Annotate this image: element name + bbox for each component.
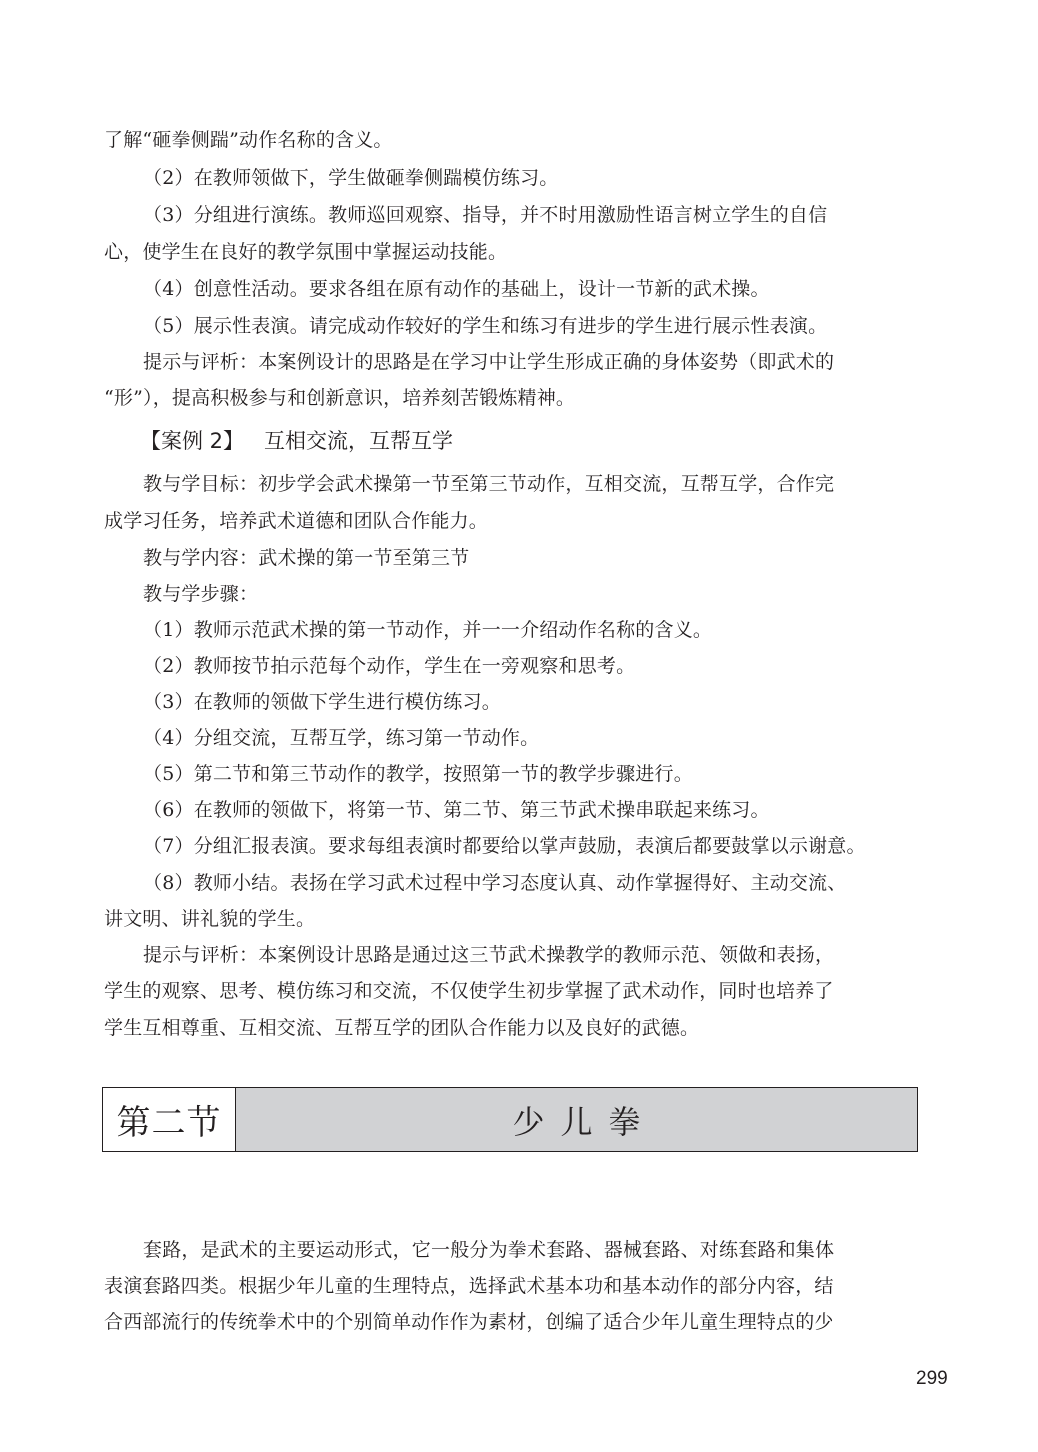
case1-step-3: （3）分组进行演练。教师巡回观察、指导，并不时用激励性语言树立学生的自信 <box>143 203 959 227</box>
case2-content: 教与学内容：武术操的第一节至第三节 <box>143 546 959 570</box>
section-header: 第二节 少儿拳 <box>102 1087 918 1152</box>
case2-step-7: （7）分组汇报表演。要求每组表演时都要给以掌声鼓励，表演后都要鼓掌以示谢意。 <box>143 834 959 858</box>
section-body-line-1: 套路，是武术的主要运动形式，它一般分为拳术套路、器械套路、对练套路和集体 <box>143 1238 959 1262</box>
case2-goal: 教与学目标：初步学会武术操第一节至第三节动作，互相交流，互帮互学，合作完 <box>143 472 959 496</box>
case2-step-1: （1）教师示范武术操的第一节动作，并一一介绍动作名称的含义。 <box>143 618 959 642</box>
paragraph-line: 了解“砸拳侧踹”动作名称的含义。 <box>104 128 920 152</box>
section-number: 第二节 <box>103 1088 236 1151</box>
case2-step-5: （5）第二节和第三节动作的教学，按照第一节的教学步骤进行。 <box>143 762 959 786</box>
section-body-line-3: 合西部流行的传统拳术中的个别简单动作作为素材，创编了适合少年儿童生理特点的少 <box>104 1310 920 1334</box>
case2-comment-cont-2: 学生互相尊重、互相交流、互帮互学的团队合作能力以及良好的武德。 <box>104 1016 920 1040</box>
case2-comment: 提示与评析：本案例设计思路是通过这三节武术操教学的教师示范、领做和表扬， <box>143 943 959 967</box>
case2-label: 【案例 2】 <box>140 429 244 453</box>
case2-step-8: （8）教师小结。表扬在学习武术过程中学习态度认真、动作掌握得好、主动交流、 <box>143 871 959 895</box>
case2-step-4: （4）分组交流，互帮互学，练习第一节动作。 <box>143 726 959 750</box>
case1-step-5: （5）展示性表演。请完成动作较好的学生和练习有进步的学生进行展示性表演。 <box>143 314 959 338</box>
case2-step-8-cont: 讲文明、讲礼貌的学生。 <box>104 907 920 931</box>
case2-goal-cont: 成学习任务，培养武术道德和团队合作能力。 <box>104 509 920 533</box>
case2-steps-heading: 教与学步骤： <box>143 582 959 606</box>
case1-comment: 提示与评析：本案例设计的思路是在学习中让学生形成正确的身体姿势（即武术的 <box>143 350 959 374</box>
case1-step-3-cont: 心，使学生在良好的教学氛围中掌握运动技能。 <box>104 240 920 264</box>
case2-title: 互相交流，互帮互学 <box>264 429 453 453</box>
case2-heading: 【案例 2】互相交流，互帮互学 <box>140 428 453 454</box>
case2-step-3: （3）在教师的领做下学生进行模仿练习。 <box>143 690 959 714</box>
section-body-line-2: 表演套路四类。根据少年儿童的生理特点，选择武术基本功和基本动作的部分内容，结 <box>104 1274 920 1298</box>
case2-comment-cont-1: 学生的观察、思考、模仿练习和交流，不仅使学生初步掌握了武术动作，同时也培养了 <box>104 979 920 1003</box>
book-page: 了解“砸拳侧踹”动作名称的含义。 （2）在教师领做下，学生做砸拳侧踹模仿练习。 … <box>0 0 1038 1452</box>
case2-step-6: （6）在教师的领做下，将第一节、第二节、第三节武术操串联起来练习。 <box>143 798 959 822</box>
section-title: 少儿拳 <box>236 1088 917 1151</box>
case2-step-2: （2）教师按节拍示范每个动作，学生在一旁观察和思考。 <box>143 654 959 678</box>
page-number: 299 <box>916 1368 948 1390</box>
case1-step-2: （2）在教师领做下，学生做砸拳侧踹模仿练习。 <box>143 166 959 190</box>
case1-comment-cont: “形”），提高积极参与和创新意识，培养刻苦锻炼精神。 <box>104 386 920 410</box>
case1-step-4: （4）创意性活动。要求各组在原有动作的基础上，设计一节新的武术操。 <box>143 277 959 301</box>
